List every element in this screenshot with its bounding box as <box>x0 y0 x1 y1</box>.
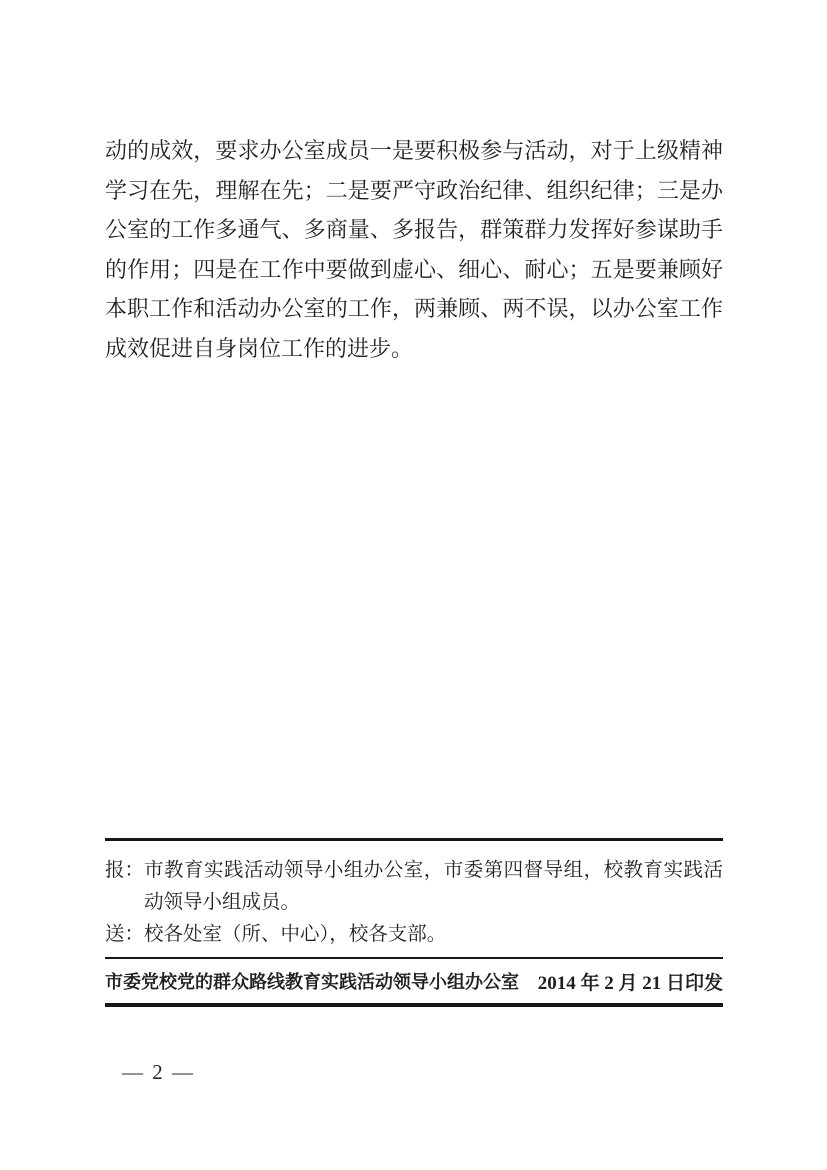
report-to-label: 报： <box>105 854 144 918</box>
body-paragraph: 动的成效，要求办公室成员一是要积极参与活动，对于上级精神 学习在先，理解在先；二… <box>105 131 723 368</box>
document-page: 动的成效，要求办公室成员一是要积极参与活动，对于上级精神 学习在先，理解在先；二… <box>0 0 827 1170</box>
body-line: 动的成效，要求办公室成员一是要积极参与活动，对于上级精神 <box>105 131 723 171</box>
issuing-office: 市委党校党的群众路线教育实践活动领导小组办公室 <box>105 968 519 994</box>
body-line: 成效促进自身岗位工作的进步。 <box>105 329 723 369</box>
body-line: 本职工作和活动办公室的工作，两兼顾、两不误，以办公室工作 <box>105 289 723 329</box>
body-line: 公室的工作多通气、多商量、多报告，群策群力发挥好参谋助手 <box>105 210 723 250</box>
report-to-row: 报： 市教育实践活动领导小组办公室，市委第四督导组，校教育实践活 动领导小组成员… <box>105 854 723 918</box>
report-to-line-2: 动领导小组成员。 <box>144 886 723 918</box>
colophon-row: 市委党校党的群众路线教育实践活动领导小组办公室 2014 年 2 月 21 日印… <box>105 959 723 1003</box>
body-line: 的作用；四是在工作中要做到虚心、细心、耐心；五是要兼顾好 <box>105 250 723 290</box>
separator-rule-top <box>105 838 723 841</box>
body-line: 学习在先，理解在先；二是要严守政治纪律、组织纪律；三是办 <box>105 171 723 211</box>
send-to-line: 校各处室（所、中心），校各支部。 <box>144 918 723 950</box>
page-number: — 2 — <box>122 1060 195 1085</box>
report-to-content: 市教育实践活动领导小组办公室，市委第四督导组，校教育实践活 动领导小组成员。 <box>144 854 723 918</box>
separator-rule-bottom <box>105 1003 723 1007</box>
send-to-row: 送： 校各处室（所、中心），校各支部。 <box>105 918 723 950</box>
report-to-line-1: 市教育实践活动领导小组办公室，市委第四督导组，校教育实践活 <box>144 854 723 886</box>
send-to-label: 送： <box>105 918 144 950</box>
send-to-content: 校各处室（所、中心），校各支部。 <box>144 918 723 950</box>
distribution-block: 报： 市教育实践活动领导小组办公室，市委第四督导组，校教育实践活 动领导小组成员… <box>105 854 723 950</box>
print-date: 2014 年 2 月 21 日印发 <box>538 968 723 995</box>
